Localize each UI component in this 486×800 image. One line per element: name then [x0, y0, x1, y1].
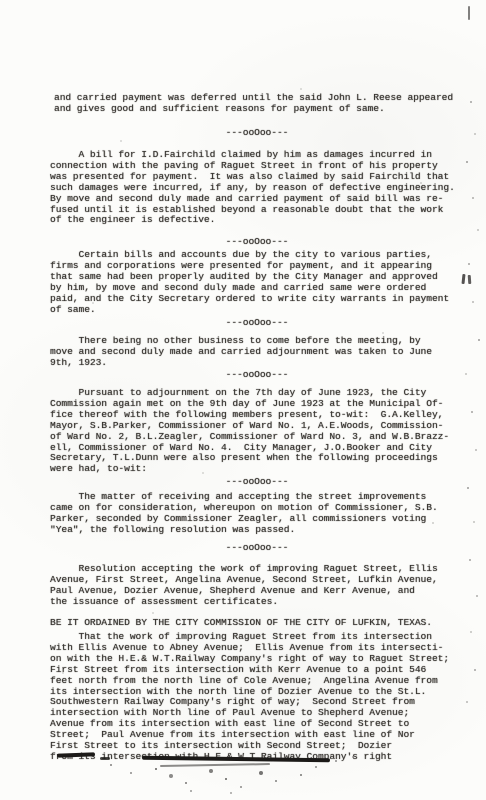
document-text-layer: and carried payment was deferred until t…	[0, 0, 486, 800]
section-separator: ---ooOoo---	[50, 128, 464, 139]
section-separator: ---ooOoo---	[50, 477, 464, 488]
paragraph-bills-accounts: Certain bills and accounts due by the ci…	[50, 250, 464, 315]
ink-smudge	[100, 757, 110, 760]
ink-smudge	[468, 275, 472, 284]
paragraph-deferred-payment: and carried payment was deferred until t…	[54, 93, 468, 115]
paragraph-motion-resolution: The matter of receiving and accepting th…	[50, 492, 464, 536]
section-separator: ---ooOoo---	[50, 237, 464, 248]
ordinance-heading: BE IT ORDAINED BY THE CITY COMMISSION OF…	[50, 618, 464, 629]
paragraph-fairchild-claim: A bill for I.D.Fairchild claimed by him …	[50, 150, 464, 226]
section-separator: ---ooOoo---	[50, 370, 464, 381]
section-separator: ---ooOoo---	[50, 318, 464, 329]
paragraph-resolution-streets: Resolution accepting the work of improvi…	[50, 564, 464, 608]
paragraph-street-descriptions: That the work of improving Raguet Street…	[50, 632, 464, 763]
ink-spatter-speckles	[0, 0, 2, 2]
paragraph-adjournment: There being no other business to come be…	[50, 336, 464, 369]
paragraph-members-present: Pursuant to adjournment on the 7th day o…	[50, 388, 464, 475]
section-separator: ---ooOoo---	[50, 543, 464, 554]
scanned-document-page: and carried payment was deferred until t…	[0, 0, 486, 800]
ink-smudge	[468, 6, 470, 20]
